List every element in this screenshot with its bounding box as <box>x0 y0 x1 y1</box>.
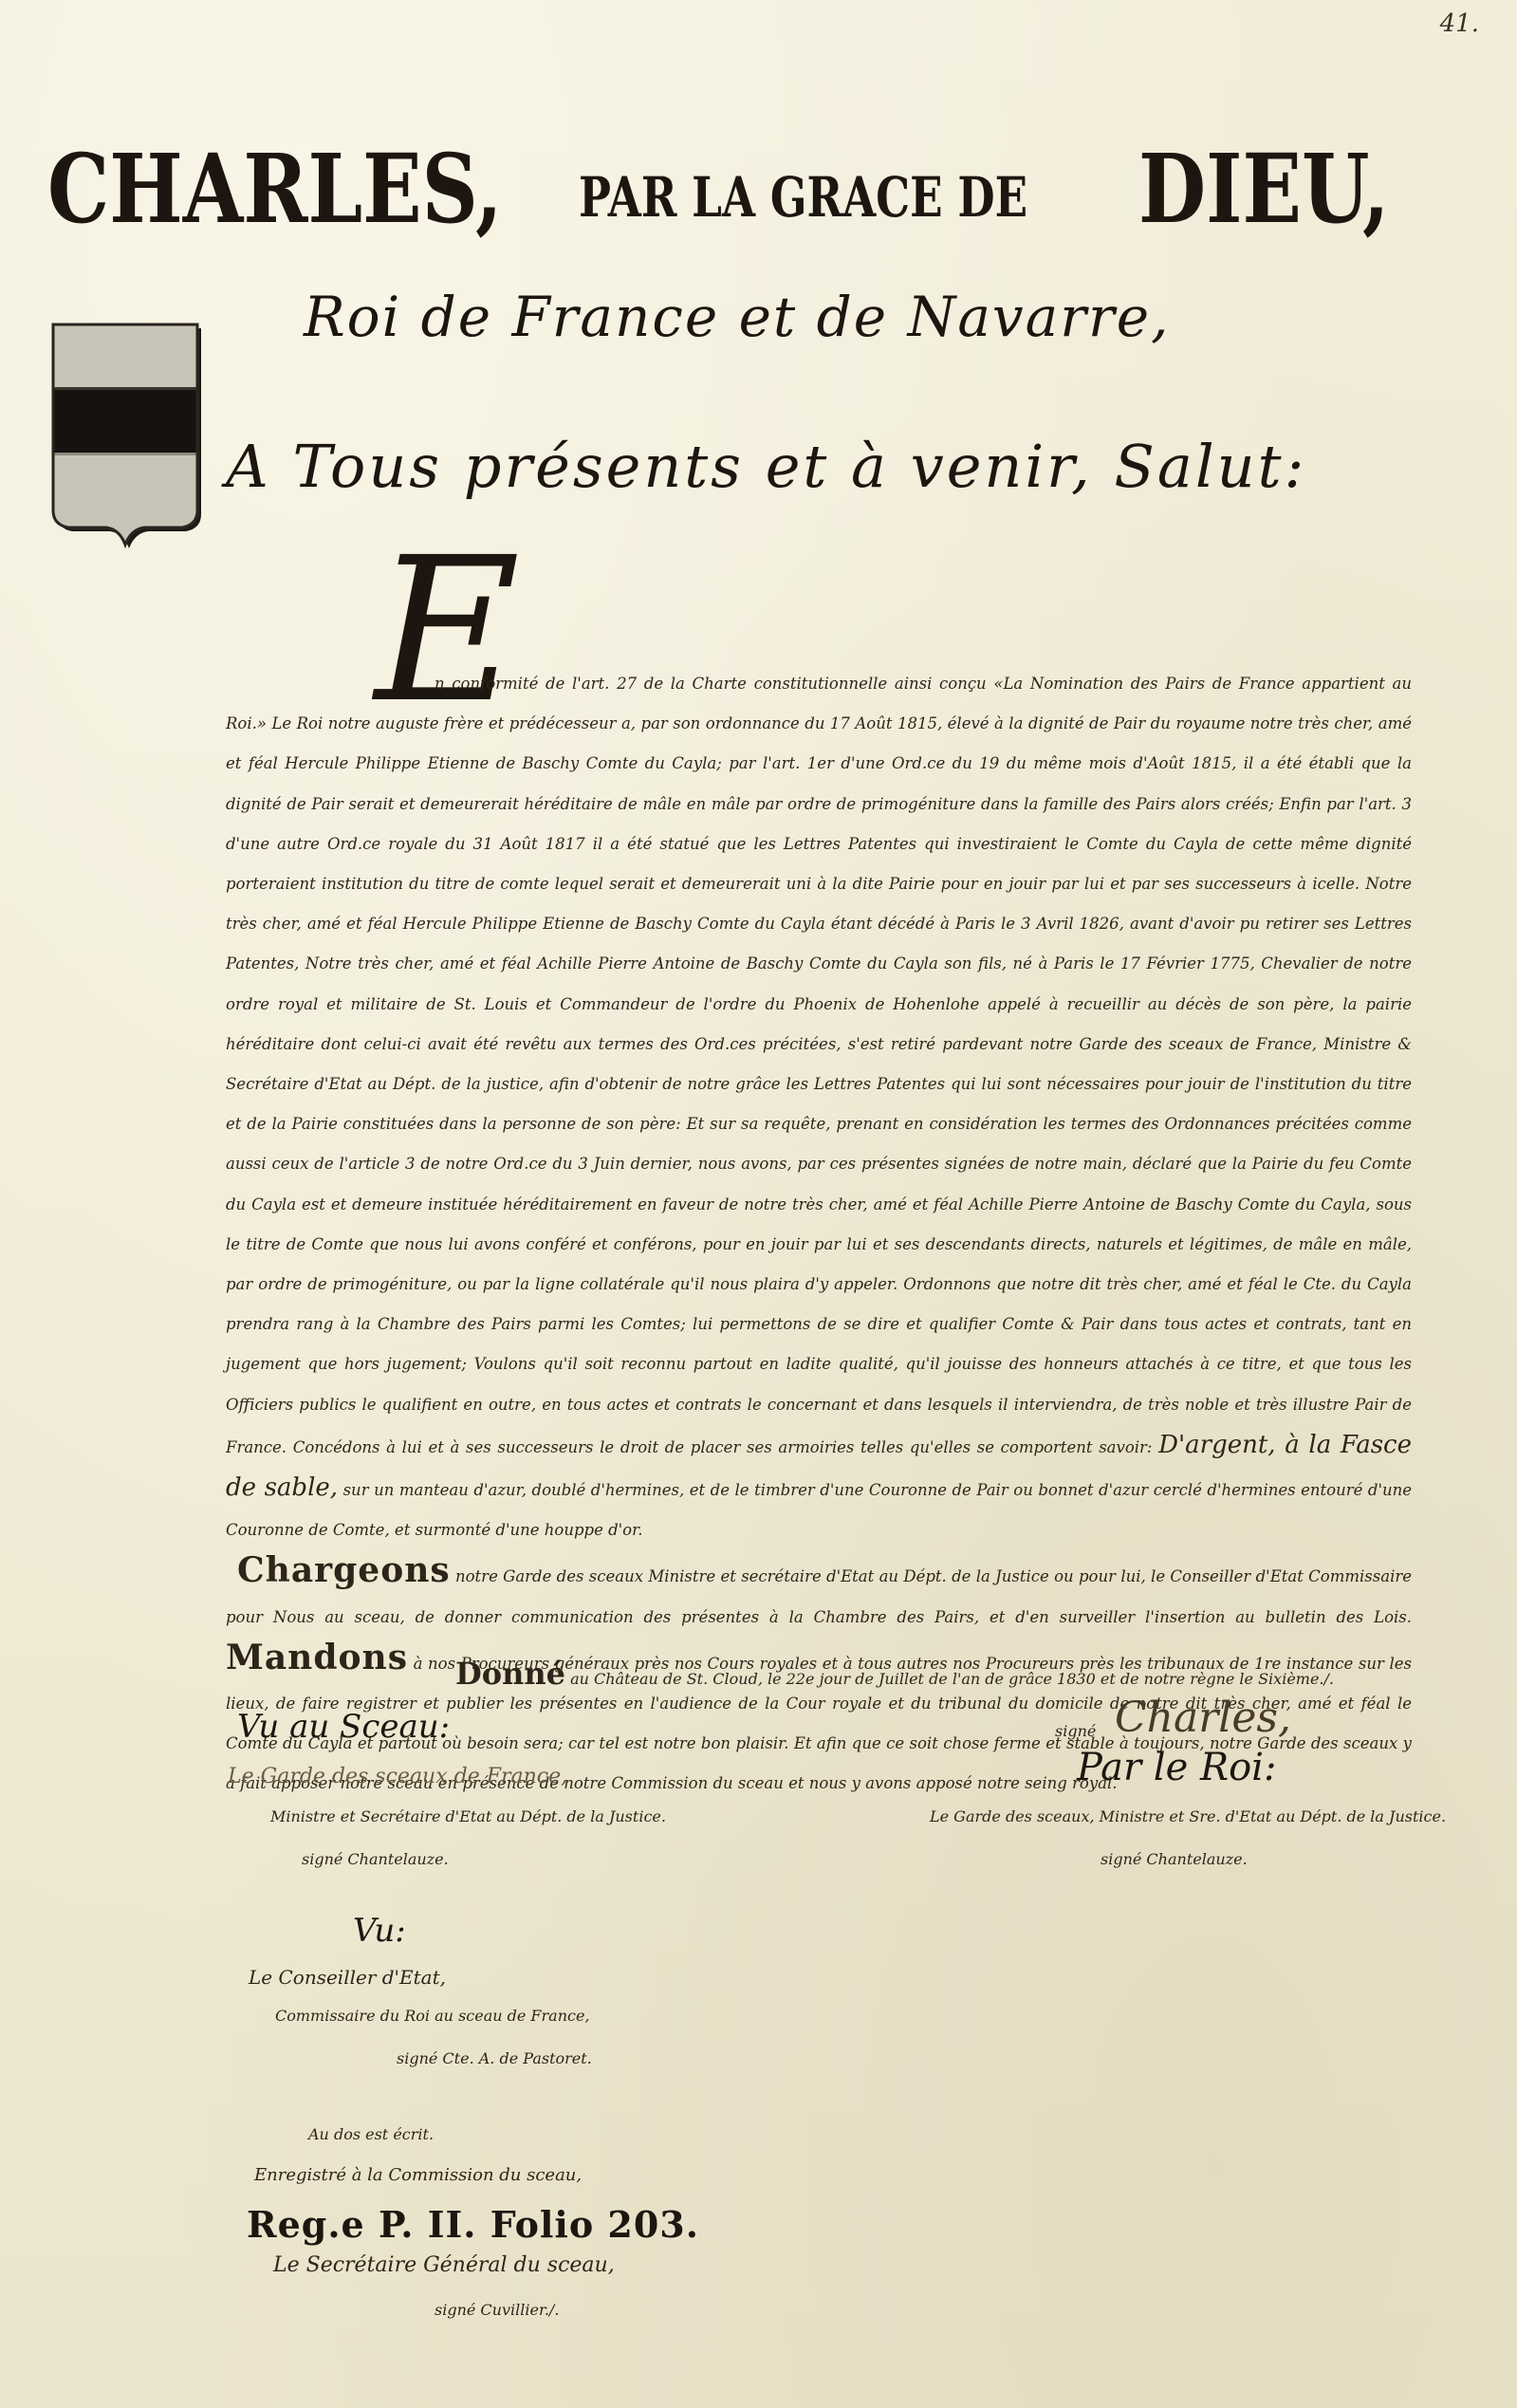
conseiller-line: Le Conseiller d'Etat, <box>249 1966 446 1989</box>
mandons-word: Mandons <box>226 1638 408 1677</box>
donne-text: au Château de St. Cloud, le 22e jour de … <box>570 1670 1334 1688</box>
par-le-roi: Par le Roi: <box>1077 1746 1276 1789</box>
left-signed-chantelauze: signé Chantelauze. <box>302 1850 449 1868</box>
right-garde-line: Le Garde des sceaux, Ministre et Sre. d'… <box>930 1807 1446 1825</box>
commissaire-line: Commissaire du Roi au sceau de France, <box>275 2007 590 2025</box>
vu-au-sceau-label: Vu au Sceau: <box>237 1708 450 1746</box>
blazon-rest-text: sur un manteau d'azur, doublé d'hermines… <box>226 1481 1412 1539</box>
heading-dieu: DIEU, <box>1138 133 1390 245</box>
secretaire-line: Le Secrétaire Général du sceau, <box>273 2253 615 2277</box>
minister-line: Ministre et Secrétaire d'Etat au Dépt. d… <box>270 1807 666 1825</box>
heading-charles: CHARLES, <box>47 133 503 245</box>
signe-label: signé <box>1055 1722 1096 1740</box>
king-signature: Charles, <box>1115 1694 1291 1742</box>
chargeons-word: Chargeons <box>237 1550 451 1590</box>
garde-title: Le Garde des sceaux de France, <box>228 1765 567 1788</box>
royal-subtitle: Roi de France et de Navarre, <box>304 285 1170 349</box>
paragraph-1-text: n conformité de l'art. 27 de la Charte c… <box>226 675 1412 1456</box>
salutation: A Tous présents et à venir, Salut: <box>226 432 1306 501</box>
heading-par-la-grace-de: PAR LA GRACE DE <box>579 165 1027 230</box>
enregistre-line: Enregistré à la Commission du sceau, <box>254 2165 582 2185</box>
dating-clause: Donné au Château de St. Cloud, le 22e jo… <box>455 1656 1334 1692</box>
cuvillier-signed: signé Cuvillier./. <box>435 2301 559 2319</box>
folio-number: 41. <box>1440 9 1479 38</box>
coat-of-arms-icon <box>49 321 201 548</box>
royal-heading: CHARLES, PAR LA GRACE DE DIEU, <box>47 133 1499 275</box>
main-paragraph: n conformité de l'art. 27 de la Charte c… <box>226 664 1412 1550</box>
pastoret-signed: signé Cte. A. de Pastoret. <box>397 2049 592 2067</box>
au-dos-line: Au dos est écrit. <box>308 2125 434 2143</box>
donne-word: Donné <box>455 1656 565 1692</box>
letters-patent-body: n conformité de l'art. 27 de la Charte c… <box>226 664 1412 1805</box>
vu-label: Vu: <box>353 1912 406 1950</box>
right-signed-chantelauze: signé Chantelauze. <box>1101 1850 1248 1868</box>
register-folio: Reg.e P. II. Folio 203. <box>247 2203 699 2246</box>
